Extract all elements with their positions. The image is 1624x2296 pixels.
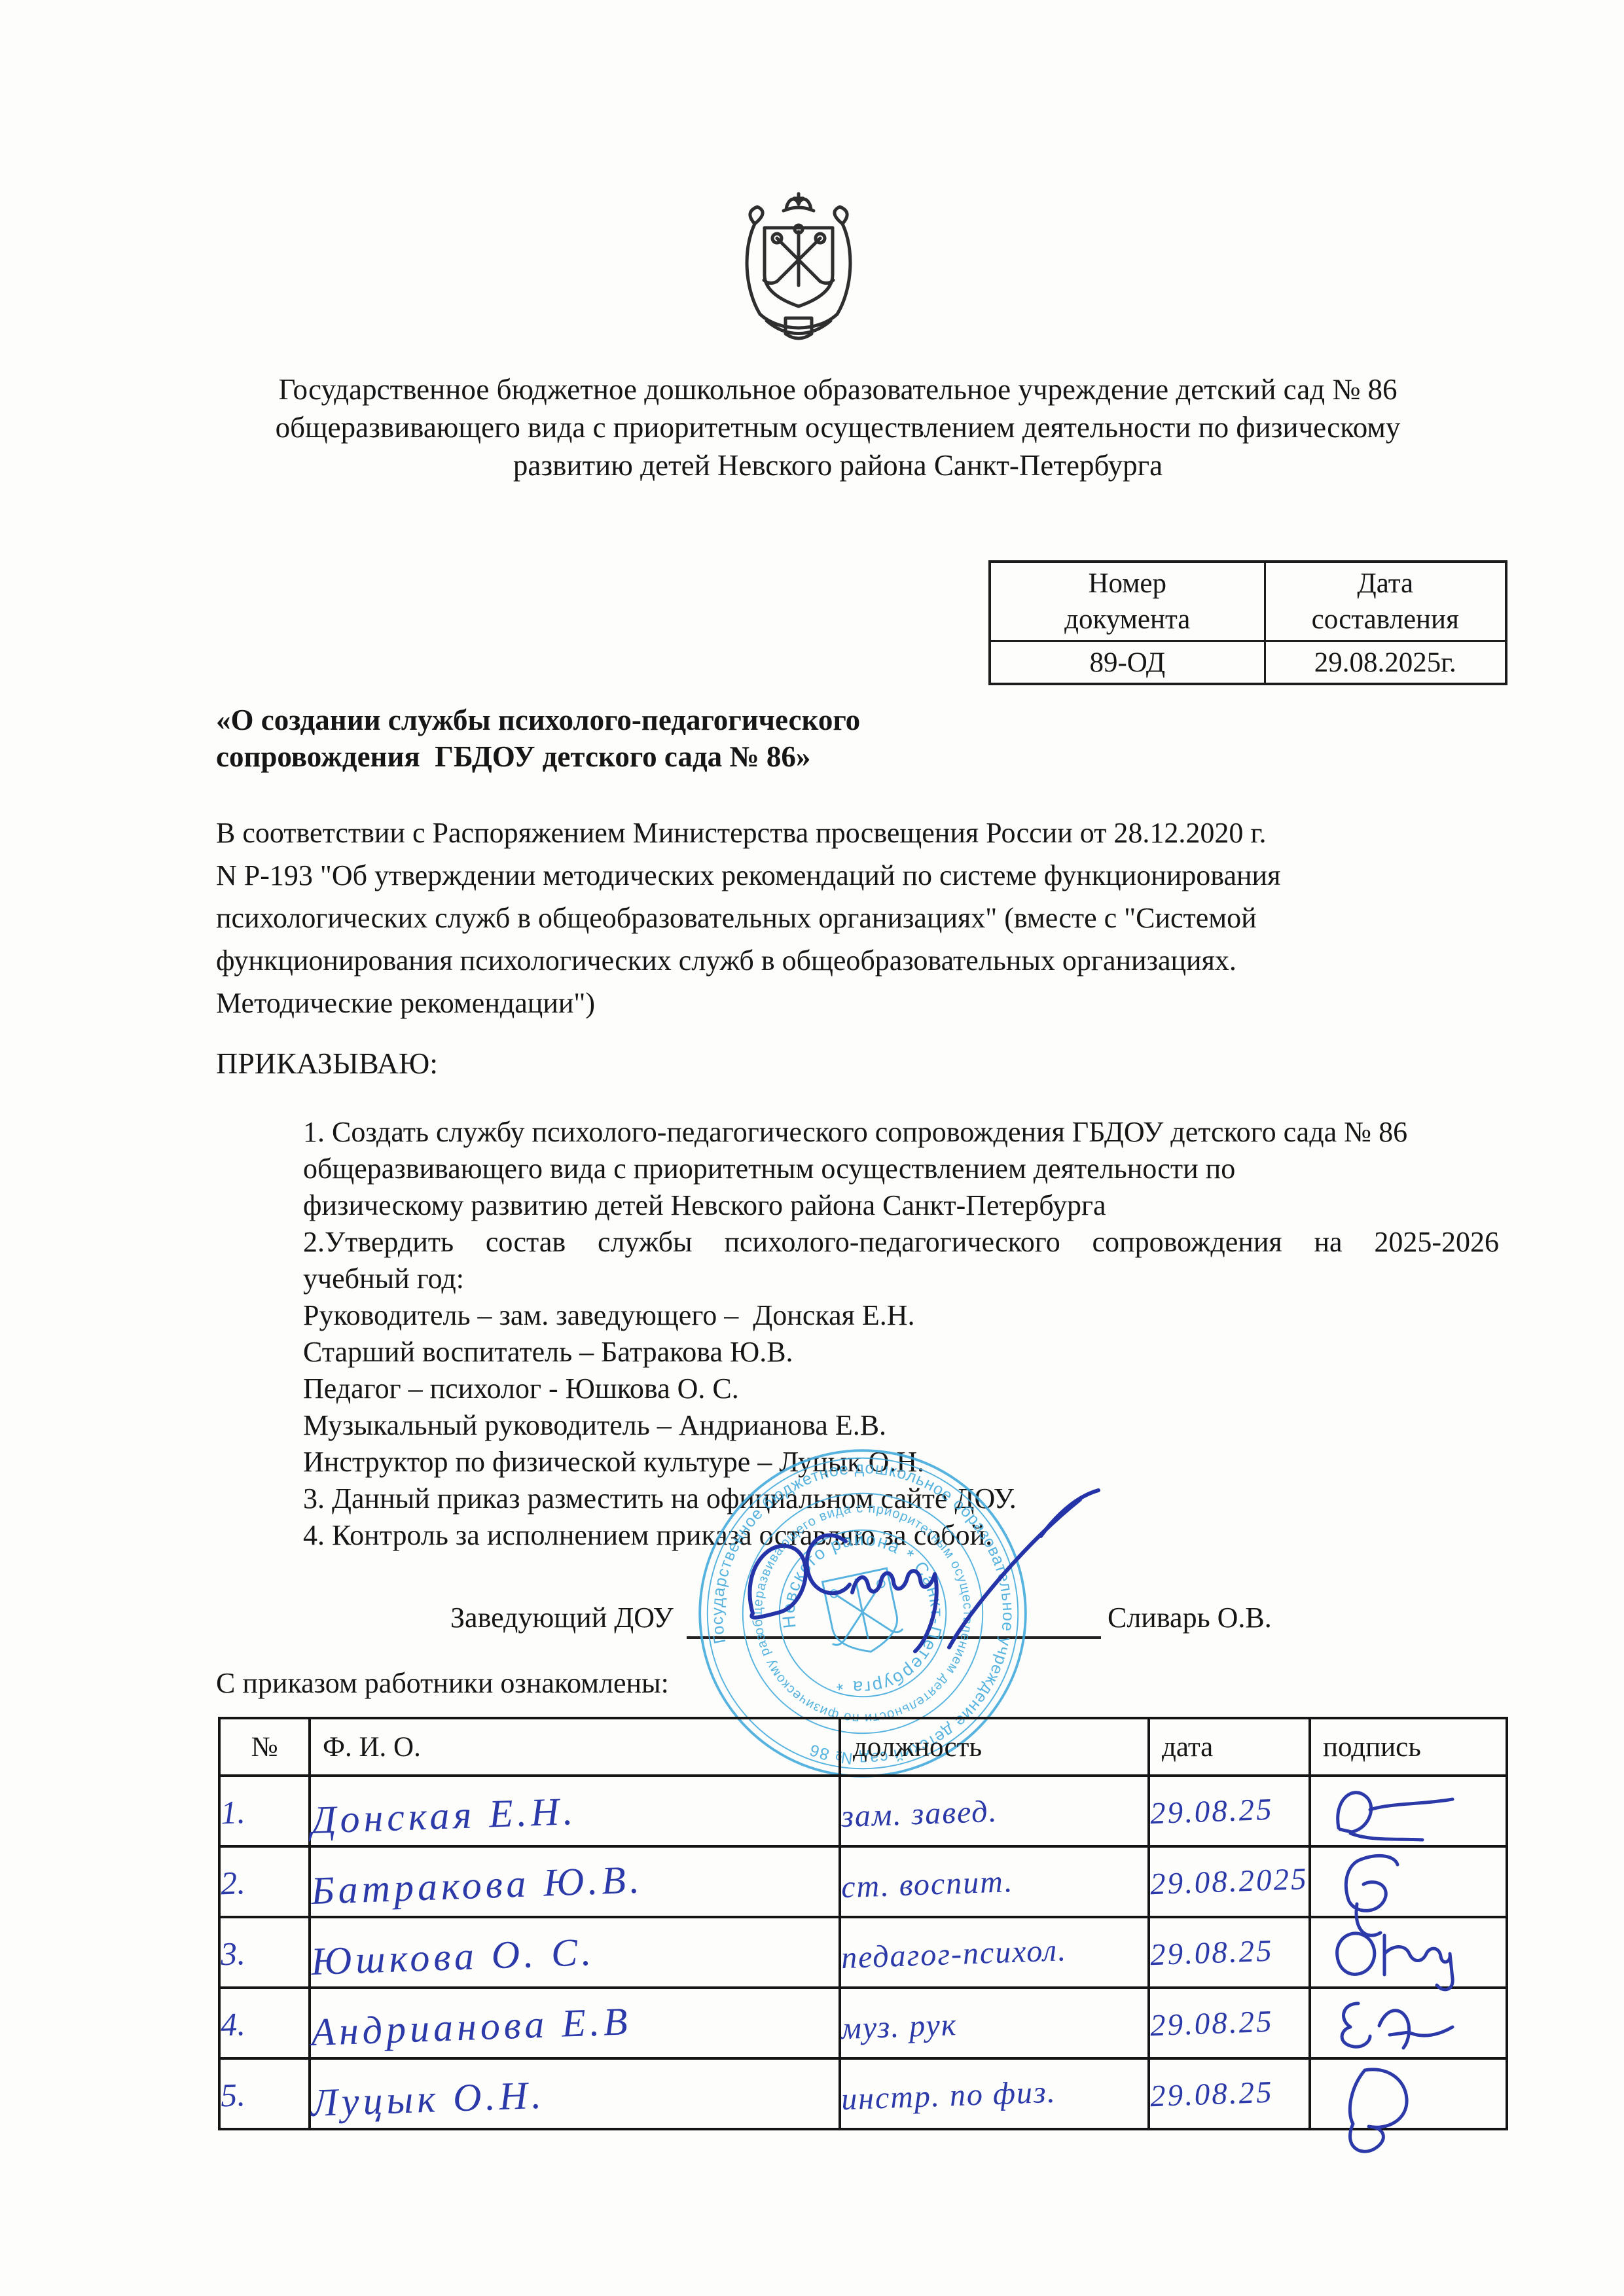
table-header-row: № Ф. И. О. должность дата подпись [219,1718,1507,1776]
text-line: Педагог – психолог - Юшкова О. С. [303,1371,1499,1407]
ack-date: 29.08.25 [1147,2056,1311,2132]
employee-position: инстр. по физ. [839,2053,1149,2134]
text-line: документа [991,601,1264,637]
text-line: общеразвивающего вида с приоритетным осу… [92,408,1584,446]
text-line: физическому развитию детей Невского райо… [303,1187,1499,1224]
signature-icon [1318,1989,1468,2057]
doc-date-value: 29.08.2025г. [1265,641,1506,685]
spb-coat-of-arms-emblem [723,190,874,347]
text-line: Методические рекомендации") [216,982,1512,1024]
employee-signature [1310,1846,1507,1917]
order-word: ПРИКАЗЫВАЮ: [216,1046,438,1081]
col-header-name: Ф. И. О. [310,1718,840,1776]
employee-position: педагог-психол. [839,1912,1149,1993]
signature-icon [674,1476,1172,1692]
employee-position: зам. завед. [839,1770,1149,1852]
ack-table-row: 4.Андрианова Е.Вмуз. рук29.08.25 [219,1988,1507,2058]
ack-table-row: 2.Батракова Ю.В.ст. воспит.29.08.2025 [219,1846,1507,1917]
order-subject: «О создании службы психолого-педагогичес… [216,702,860,775]
ack-table-row: 1.Донская Е.Н.зам. завед.29.08.25 [219,1776,1507,1846]
col-header-position: должность [840,1718,1149,1776]
doc-number-header: Номердокумента [990,562,1265,641]
ack-date: 29.08.25 [1147,1985,1311,2062]
ack-date: 29.08.25 [1147,1773,1311,1850]
ack-table-row: 3.Юшкова О. С.педагог-психол.29.08.25 [219,1917,1507,1988]
scanned-order-document: Государственное бюджетное дошкольное обр… [0,0,1624,2296]
employee-position: ст. воспит. [839,1841,1149,1922]
text-line: Государственное бюджетное дошкольное обр… [92,370,1584,408]
text-line: Дата [1266,565,1506,601]
text-line: В соответствии с Распоряжением Министерс… [216,812,1512,854]
preamble-text: В соответствии с Распоряжением Министерс… [216,812,1512,1024]
ack-date: 29.08.25 [1147,1914,1311,1991]
row-number: 5. [218,2057,311,2131]
row-number: 1. [218,1774,311,1848]
head-signature-scribble [674,1476,1172,1692]
text-line: общеразвивающего вида с приоритетным осу… [303,1151,1499,1187]
text-line: психологических служб в общеобразователь… [216,897,1512,939]
text-line: функционирования психологических служб в… [216,939,1512,982]
coat-of-arms-icon [723,190,874,347]
employee-signature [1310,1988,1507,2058]
text-line: 2.Утвердить состав службы психолого-педа… [303,1224,1499,1261]
row-number: 4. [218,1986,311,2060]
text-line: N Р-193 "Об утверждении методических рек… [216,854,1512,897]
row-number: 3. [218,1916,311,1990]
employee-signature [1310,1917,1507,1988]
text-line: развитию детей Невского района Санкт-Пет… [92,446,1584,484]
col-header-num: № [219,1718,310,1776]
organization-name: Государственное бюджетное дошкольное обр… [92,370,1584,484]
acknowledgement-table: № Ф. И. О. должность дата подпись 1.Донс… [218,1717,1508,2130]
text-line: «О создании службы психолого-педагогичес… [216,702,860,738]
employee-signature [1310,2058,1507,2129]
doc-number-value: 89-ОД [990,641,1265,685]
ack-date: 29.08.2025 [1147,1844,1311,1920]
ack-table-row: 5.Луцык О.Н.инстр. по физ.29.08.25 [219,2058,1507,2129]
acknowledgement-label: С приказом работники ознакомлены: [216,1666,669,1700]
employee-signature [1310,1776,1507,1846]
text-line: Руководитель – зам. заведующего – Донска… [303,1297,1499,1334]
text-line: учебный год: [303,1261,1499,1297]
table-body: 1.Донская Е.Н.зам. завед.29.08.252.Батра… [219,1776,1507,2129]
text-line: Номер [991,565,1264,601]
text-line: 1. Создать службу психолого-педагогическ… [303,1114,1499,1151]
signature-icon [1318,1848,1468,1916]
text-line: составления [1266,601,1506,637]
signature-icon [1318,2060,1468,2128]
doc-date-header: Датасоставления [1265,562,1506,641]
text-line: сопровождения ГБДОУ детского сада № 86» [216,738,860,775]
approver-title: Заведующий ДОУ [450,1601,674,1634]
col-header-signature: подпись [1310,1718,1507,1776]
signature-icon [1318,1777,1468,1845]
text-line: Старший воспитатель – Батракова Ю.В. [303,1334,1499,1371]
employee-position: муз. рук [839,1982,1149,2064]
col-header-date: дата [1149,1718,1310,1776]
row-number: 2. [218,1845,311,1919]
doc-info-table: Номердокумента Датасоставления 89-ОД 29.… [988,560,1507,685]
signature-icon [1318,1918,1468,1986]
